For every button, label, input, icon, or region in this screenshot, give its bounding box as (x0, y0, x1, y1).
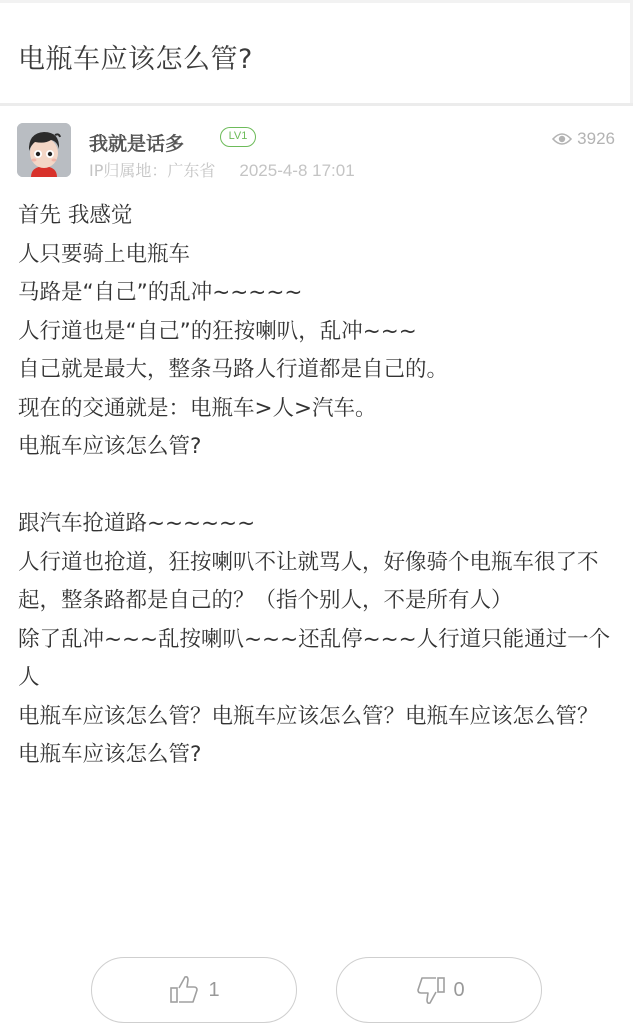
author-row: 我就是话多 LV1 IP归属地：广东省2025-4-8 17:01 3926 (0, 118, 633, 182)
post-blank-line (18, 467, 618, 506)
dislike-count: 0 (453, 979, 464, 1002)
post-line: 人只要骑上电瓶车 (18, 236, 618, 275)
cartoon-boy-avatar-icon (17, 123, 71, 177)
post-line: 人行道也抢道，狂按喇叭不让就骂人，好像骑个电瓶车很了不起，整条路都是自己的？（指… (18, 544, 618, 621)
post-time: 2025-4-8 17:01 (239, 161, 354, 180)
thumbs-down-icon (413, 973, 447, 1007)
author-name[interactable]: 我就是话多 (89, 129, 184, 156)
post-line: 除了乱冲~~~乱按喇叭~~~还乱停~~~人行道只能通过一个人 (18, 621, 618, 698)
post-meta: IP归属地：广东省2025-4-8 17:01 (89, 158, 355, 181)
post-line: 马路是“自己”的乱冲~~~~~ (18, 274, 618, 313)
level-badge: LV1 (220, 127, 256, 147)
post-line: 自己就是最大，整条马路人行道都是自己的。 (18, 351, 618, 390)
thumbs-up-icon (168, 973, 202, 1007)
post-line: 人行道也是“自己”的狂按喇叭，乱冲~~~ (18, 313, 618, 352)
dislike-button[interactable]: 0 (336, 957, 542, 1023)
post-line: 电瓶车应该怎么管? (18, 428, 618, 467)
post-body: 首先 我感觉 人只要骑上电瓶车 马路是“自己”的乱冲~~~~~ 人行道也是“自己… (18, 197, 618, 775)
post-line: 现在的交通就是：电瓶车>人>汽车。 (18, 390, 618, 429)
ip-location: IP归属地：广东省 (89, 161, 215, 180)
page-title: 电瓶车应该怎么管? (18, 37, 253, 76)
avatar[interactable] (17, 123, 71, 177)
like-button[interactable]: 1 (91, 957, 297, 1023)
eye-icon (552, 132, 572, 146)
post-line: 首先 我感觉 (18, 197, 618, 236)
post-line: 跟汽车抢道路~~~~~~ (18, 505, 618, 544)
title-bar: 电瓶车应该怎么管? (0, 3, 633, 104)
vote-actions: 1 0 (0, 955, 633, 1024)
views-number: 3926 (577, 129, 615, 149)
like-count: 1 (208, 979, 219, 1002)
post-line: 电瓶车应该怎么管？电瓶车应该怎么管？电瓶车应该怎么管？电瓶车应该怎么管? (18, 698, 618, 775)
view-count: 3926 (552, 129, 615, 149)
divider (0, 103, 633, 106)
